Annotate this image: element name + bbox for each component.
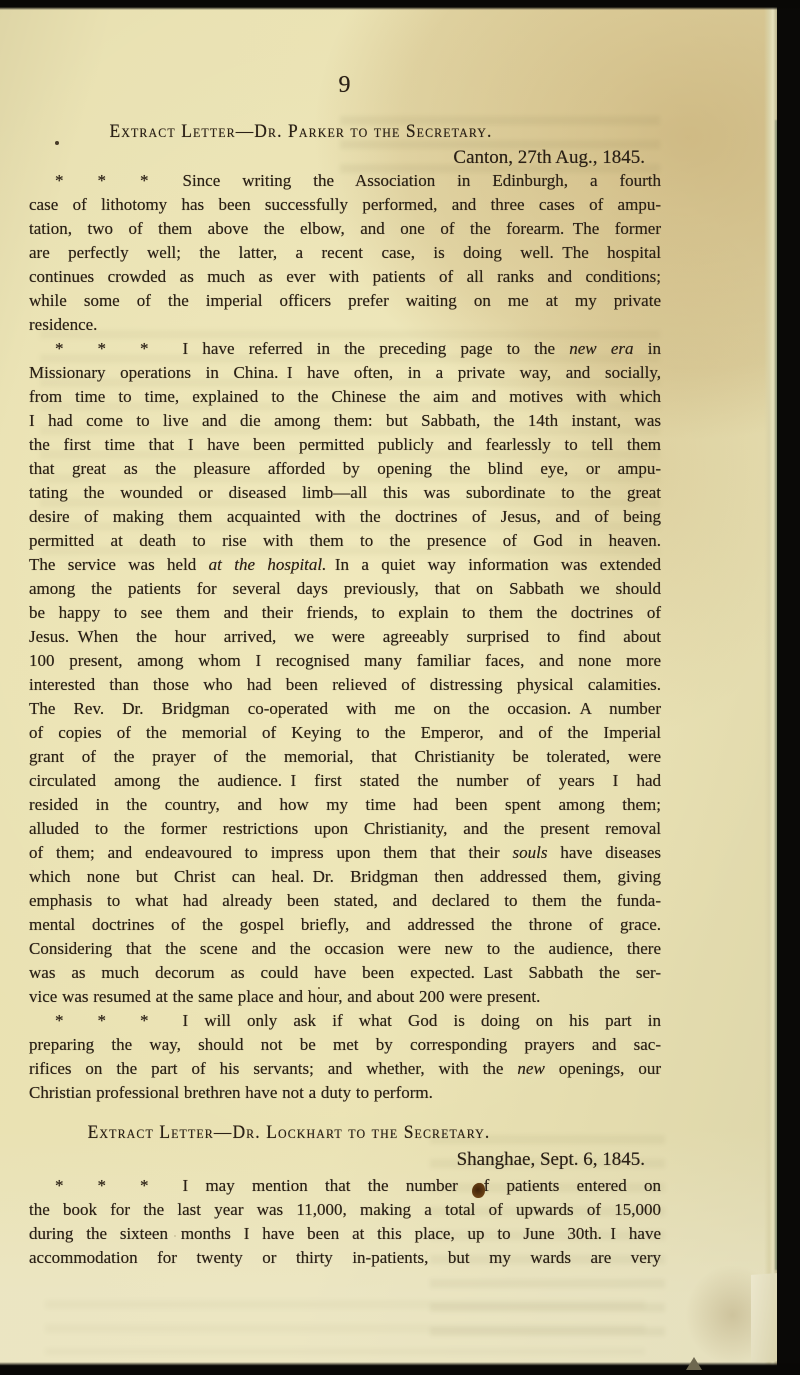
text-line: case of lithotomy has been successfully … xyxy=(29,193,661,217)
text-line: among the patients for several days prev… xyxy=(29,577,661,601)
text-line: the first time that I have been permitte… xyxy=(29,433,661,457)
dateline-canton: Canton, 27th Aug., 1845. xyxy=(29,145,645,171)
text-line: The Rev. Dr. Bridgman co-operated with m… xyxy=(29,697,661,721)
text-line: Christian professional brethren have not… xyxy=(29,1081,661,1105)
text-line: alluded to the former restrictions upon … xyxy=(29,817,661,841)
paragraph: * * * I will only ask if what God is doi… xyxy=(29,1009,661,1105)
page-number: 9 xyxy=(29,71,661,99)
text-line: continues crowded as much as ever with p… xyxy=(29,265,661,289)
book-page-scan: 9 Extract Letter—Dr. Parker to the Secre… xyxy=(0,0,800,1375)
dateline-shanghae: Shanghae, Sept. 6, 1845. xyxy=(29,1147,645,1173)
text-line: * * * Since writing the Association in E… xyxy=(29,169,661,193)
section-heading-parker: Extract Letter—Dr. Parker to the Secreta… xyxy=(10,119,591,145)
paragraph: * * * I may mention that the number of p… xyxy=(29,1174,661,1270)
text-line: that great as the pleasure afforded by o… xyxy=(29,457,661,481)
paragraph: * * * Since writing the Association in E… xyxy=(29,169,661,337)
text-line: be happy to see them and their friends, … xyxy=(29,601,661,625)
text-line: The service was held at the hospital. In… xyxy=(29,553,661,577)
paragraph: * * * I have referred in the preceding p… xyxy=(29,337,661,1009)
text-line: preparing the way, should not be met by … xyxy=(29,1033,661,1057)
text-line: from time to time, explained to the Chin… xyxy=(29,385,661,409)
text-line: emphasis to what had already been stated… xyxy=(29,889,661,913)
text-line: tating the wounded or diseased limb—all … xyxy=(29,481,661,505)
text-line: mental doctrines of the gospel briefly, … xyxy=(29,913,661,937)
scan-border-bottom xyxy=(0,1362,800,1375)
text-line: tation, two of them above the elbow, and… xyxy=(29,217,661,241)
text-line: Missionary operations in China. I have o… xyxy=(29,361,661,385)
text-line: residence. xyxy=(29,313,661,337)
showthrough-patch xyxy=(45,1300,645,1355)
text-line: of copies of the memorial of Keying to t… xyxy=(29,721,661,745)
section-heading-lockhart: Extract Letter—Dr. Lockhart to the Secre… xyxy=(0,1120,580,1146)
text-line: accommodation for twenty or thirty in-pa… xyxy=(29,1246,661,1270)
text-line: * * * I will only ask if what God is doi… xyxy=(29,1009,661,1033)
text-line: I had come to live and die among them: b… xyxy=(29,409,661,433)
text-line: are perfectly well; the latter, a recent… xyxy=(29,241,661,265)
text-line: was as much decorum as could have been e… xyxy=(29,961,661,985)
text-line: the book for the last year was 11,000, m… xyxy=(29,1198,661,1222)
text-line: 100 present, among whom I recognised man… xyxy=(29,649,661,673)
text-line: Jesus. When the hour arrived, we were ag… xyxy=(29,625,661,649)
text-line: Considering that the scene and the occas… xyxy=(29,937,661,961)
paper-specks xyxy=(55,141,59,145)
letter-body-lockhart: * * * I may mention that the number of p… xyxy=(29,1174,661,1270)
text-line: desire of making them acquainted with th… xyxy=(29,505,661,529)
text-line: permitted at death to rise with them to … xyxy=(29,529,661,553)
text-line: * * * I may mention that the number of p… xyxy=(29,1174,661,1198)
text-line: * * * I have referred in the preceding p… xyxy=(29,337,661,361)
text-line: of them; and endeavoured to impress upon… xyxy=(29,841,661,865)
text-line: during the sixteen months I have been at… xyxy=(29,1222,661,1246)
text-line: resided in the country, and how my time … xyxy=(29,793,661,817)
text-line: circulated among the audience. I first s… xyxy=(29,769,661,793)
text-line: which none but Christ can heal. Dr. Brid… xyxy=(29,865,661,889)
text-line: while some of the imperial officers pref… xyxy=(29,289,661,313)
scan-border-top xyxy=(0,0,800,10)
underlying-page-corner xyxy=(751,1273,777,1363)
text-line: grant of the prayer of the memorial, tha… xyxy=(29,745,661,769)
scan-border-right xyxy=(777,0,800,1375)
text-line: interested than those who had been relie… xyxy=(29,673,661,697)
text-line: rifices on the part of his servants; and… xyxy=(29,1057,661,1081)
letter-body-parker: * * * Since writing the Association in E… xyxy=(29,169,661,1105)
text-line: vice was resumed at the same place and h… xyxy=(29,985,661,1009)
ink-stain xyxy=(472,1183,485,1198)
